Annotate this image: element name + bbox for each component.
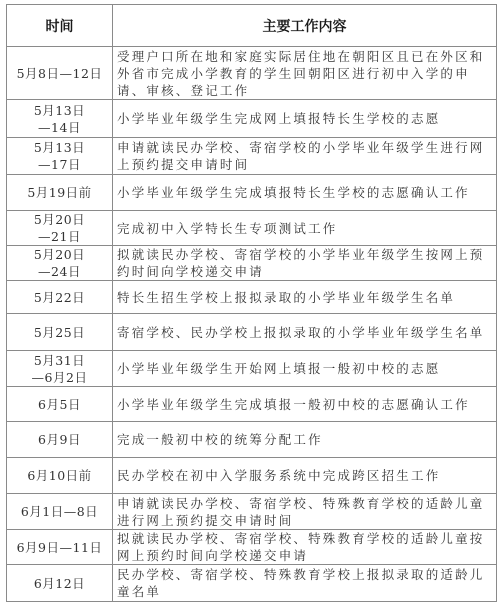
table-row: 5月20日 —21日完成初中入学特长生专项测试工作 <box>7 211 497 246</box>
time-cell: 6月12日 <box>7 565 113 602</box>
time-cell: 5月22日 <box>7 281 113 314</box>
table-row: 5月31日 —6月2日小学毕业年级学生开始网上填报一般初中校的志愿 <box>7 351 497 387</box>
table-row: 6月5日小学毕业年级学生完成填报一般初中校的志愿确认工作 <box>7 387 497 422</box>
table-row: 6月9日完成一般初中校的统筹分配工作 <box>7 422 497 458</box>
time-cell: 5月20日 —24日 <box>7 246 113 281</box>
content-cell: 小学毕业年级学生完成网上填报特长生学校的志愿 <box>113 100 497 138</box>
time-cell: 5月31日 —6月2日 <box>7 351 113 387</box>
table-row: 5月22日特长生招生学校上报拟录取的小学毕业年级学生名单 <box>7 281 497 314</box>
content-cell: 特长生招生学校上报拟录取的小学毕业年级学生名单 <box>113 281 497 314</box>
table-row: 6月12日民办学校、寄宿学校、特殊教育学校上报拟录取的适龄儿童名单 <box>7 565 497 602</box>
content-cell: 受理户口所在地和家庭实际居住地在朝阳区且已在外区和外省市完成小学教育的学生回朝阳… <box>113 47 497 100</box>
content-cell: 完成一般初中校的统筹分配工作 <box>113 422 497 458</box>
schedule-table: 时间 主要工作内容 5月8日—12日受理户口所在地和家庭实际居住地在朝阳区且已在… <box>6 4 497 602</box>
content-cell: 完成初中入学特长生专项测试工作 <box>113 211 497 246</box>
time-cell: 5月13日 —17日 <box>7 138 113 175</box>
table-row: 5月19日前小学毕业年级学生完成填报特长生学校的志愿确认工作 <box>7 175 497 211</box>
content-cell: 小学毕业年级学生完成填报一般初中校的志愿确认工作 <box>113 387 497 422</box>
time-cell: 5月19日前 <box>7 175 113 211</box>
table-row: 5月13日 —14日小学毕业年级学生完成网上填报特长生学校的志愿 <box>7 100 497 138</box>
time-cell: 6月5日 <box>7 387 113 422</box>
time-cell: 5月8日—12日 <box>7 47 113 100</box>
table-row: 5月8日—12日受理户口所在地和家庭实际居住地在朝阳区且已在外区和外省市完成小学… <box>7 47 497 100</box>
content-cell: 寄宿学校、民办学校上报拟录取的小学毕业年级学生名单 <box>113 314 497 351</box>
time-cell: 6月9日 <box>7 422 113 458</box>
content-cell: 拟就读民办学校、寄宿学校的小学毕业年级学生按网上预约时间向学校递交申请 <box>113 246 497 281</box>
time-cell: 5月20日 —21日 <box>7 211 113 246</box>
table-row: 6月10日前民办学校在初中入学服务系统中完成跨区招生工作 <box>7 458 497 494</box>
content-cell: 小学毕业年级学生完成填报特长生学校的志愿确认工作 <box>113 175 497 211</box>
content-cell: 小学毕业年级学生开始网上填报一般初中校的志愿 <box>113 351 497 387</box>
content-cell: 民办学校、寄宿学校、特殊教育学校上报拟录取的适龄儿童名单 <box>113 565 497 602</box>
content-cell: 申请就读民办学校、寄宿学校、特殊教育学校的适龄儿童进行网上预约提交申请时间 <box>113 494 497 530</box>
table-body: 5月8日—12日受理户口所在地和家庭实际居住地在朝阳区且已在外区和外省市完成小学… <box>7 47 497 602</box>
header-content: 主要工作内容 <box>113 5 497 47</box>
time-cell: 6月1日—8日 <box>7 494 113 530</box>
header-time: 时间 <box>7 5 113 47</box>
table-row: 6月1日—8日申请就读民办学校、寄宿学校、特殊教育学校的适龄儿童进行网上预约提交… <box>7 494 497 530</box>
content-cell: 申请就读民办学校、寄宿学校的小学毕业年级学生进行网上预约提交申请时间 <box>113 138 497 175</box>
table-row: 5月20日 —24日拟就读民办学校、寄宿学校的小学毕业年级学生按网上预约时间向学… <box>7 246 497 281</box>
time-cell: 5月25日 <box>7 314 113 351</box>
time-cell: 5月13日 —14日 <box>7 100 113 138</box>
content-cell: 拟就读民办学校、寄宿学校、特殊教育学校的适龄儿童按网上预约时间向学校递交申请 <box>113 530 497 565</box>
header-row: 时间 主要工作内容 <box>7 5 497 47</box>
content-cell: 民办学校在初中入学服务系统中完成跨区招生工作 <box>113 458 497 494</box>
time-cell: 6月10日前 <box>7 458 113 494</box>
table-row: 5月13日 —17日申请就读民办学校、寄宿学校的小学毕业年级学生进行网上预约提交… <box>7 138 497 175</box>
table-row: 6月9日—11日拟就读民办学校、寄宿学校、特殊教育学校的适龄儿童按网上预约时间向… <box>7 530 497 565</box>
time-cell: 6月9日—11日 <box>7 530 113 565</box>
table-row: 5月25日寄宿学校、民办学校上报拟录取的小学毕业年级学生名单 <box>7 314 497 351</box>
